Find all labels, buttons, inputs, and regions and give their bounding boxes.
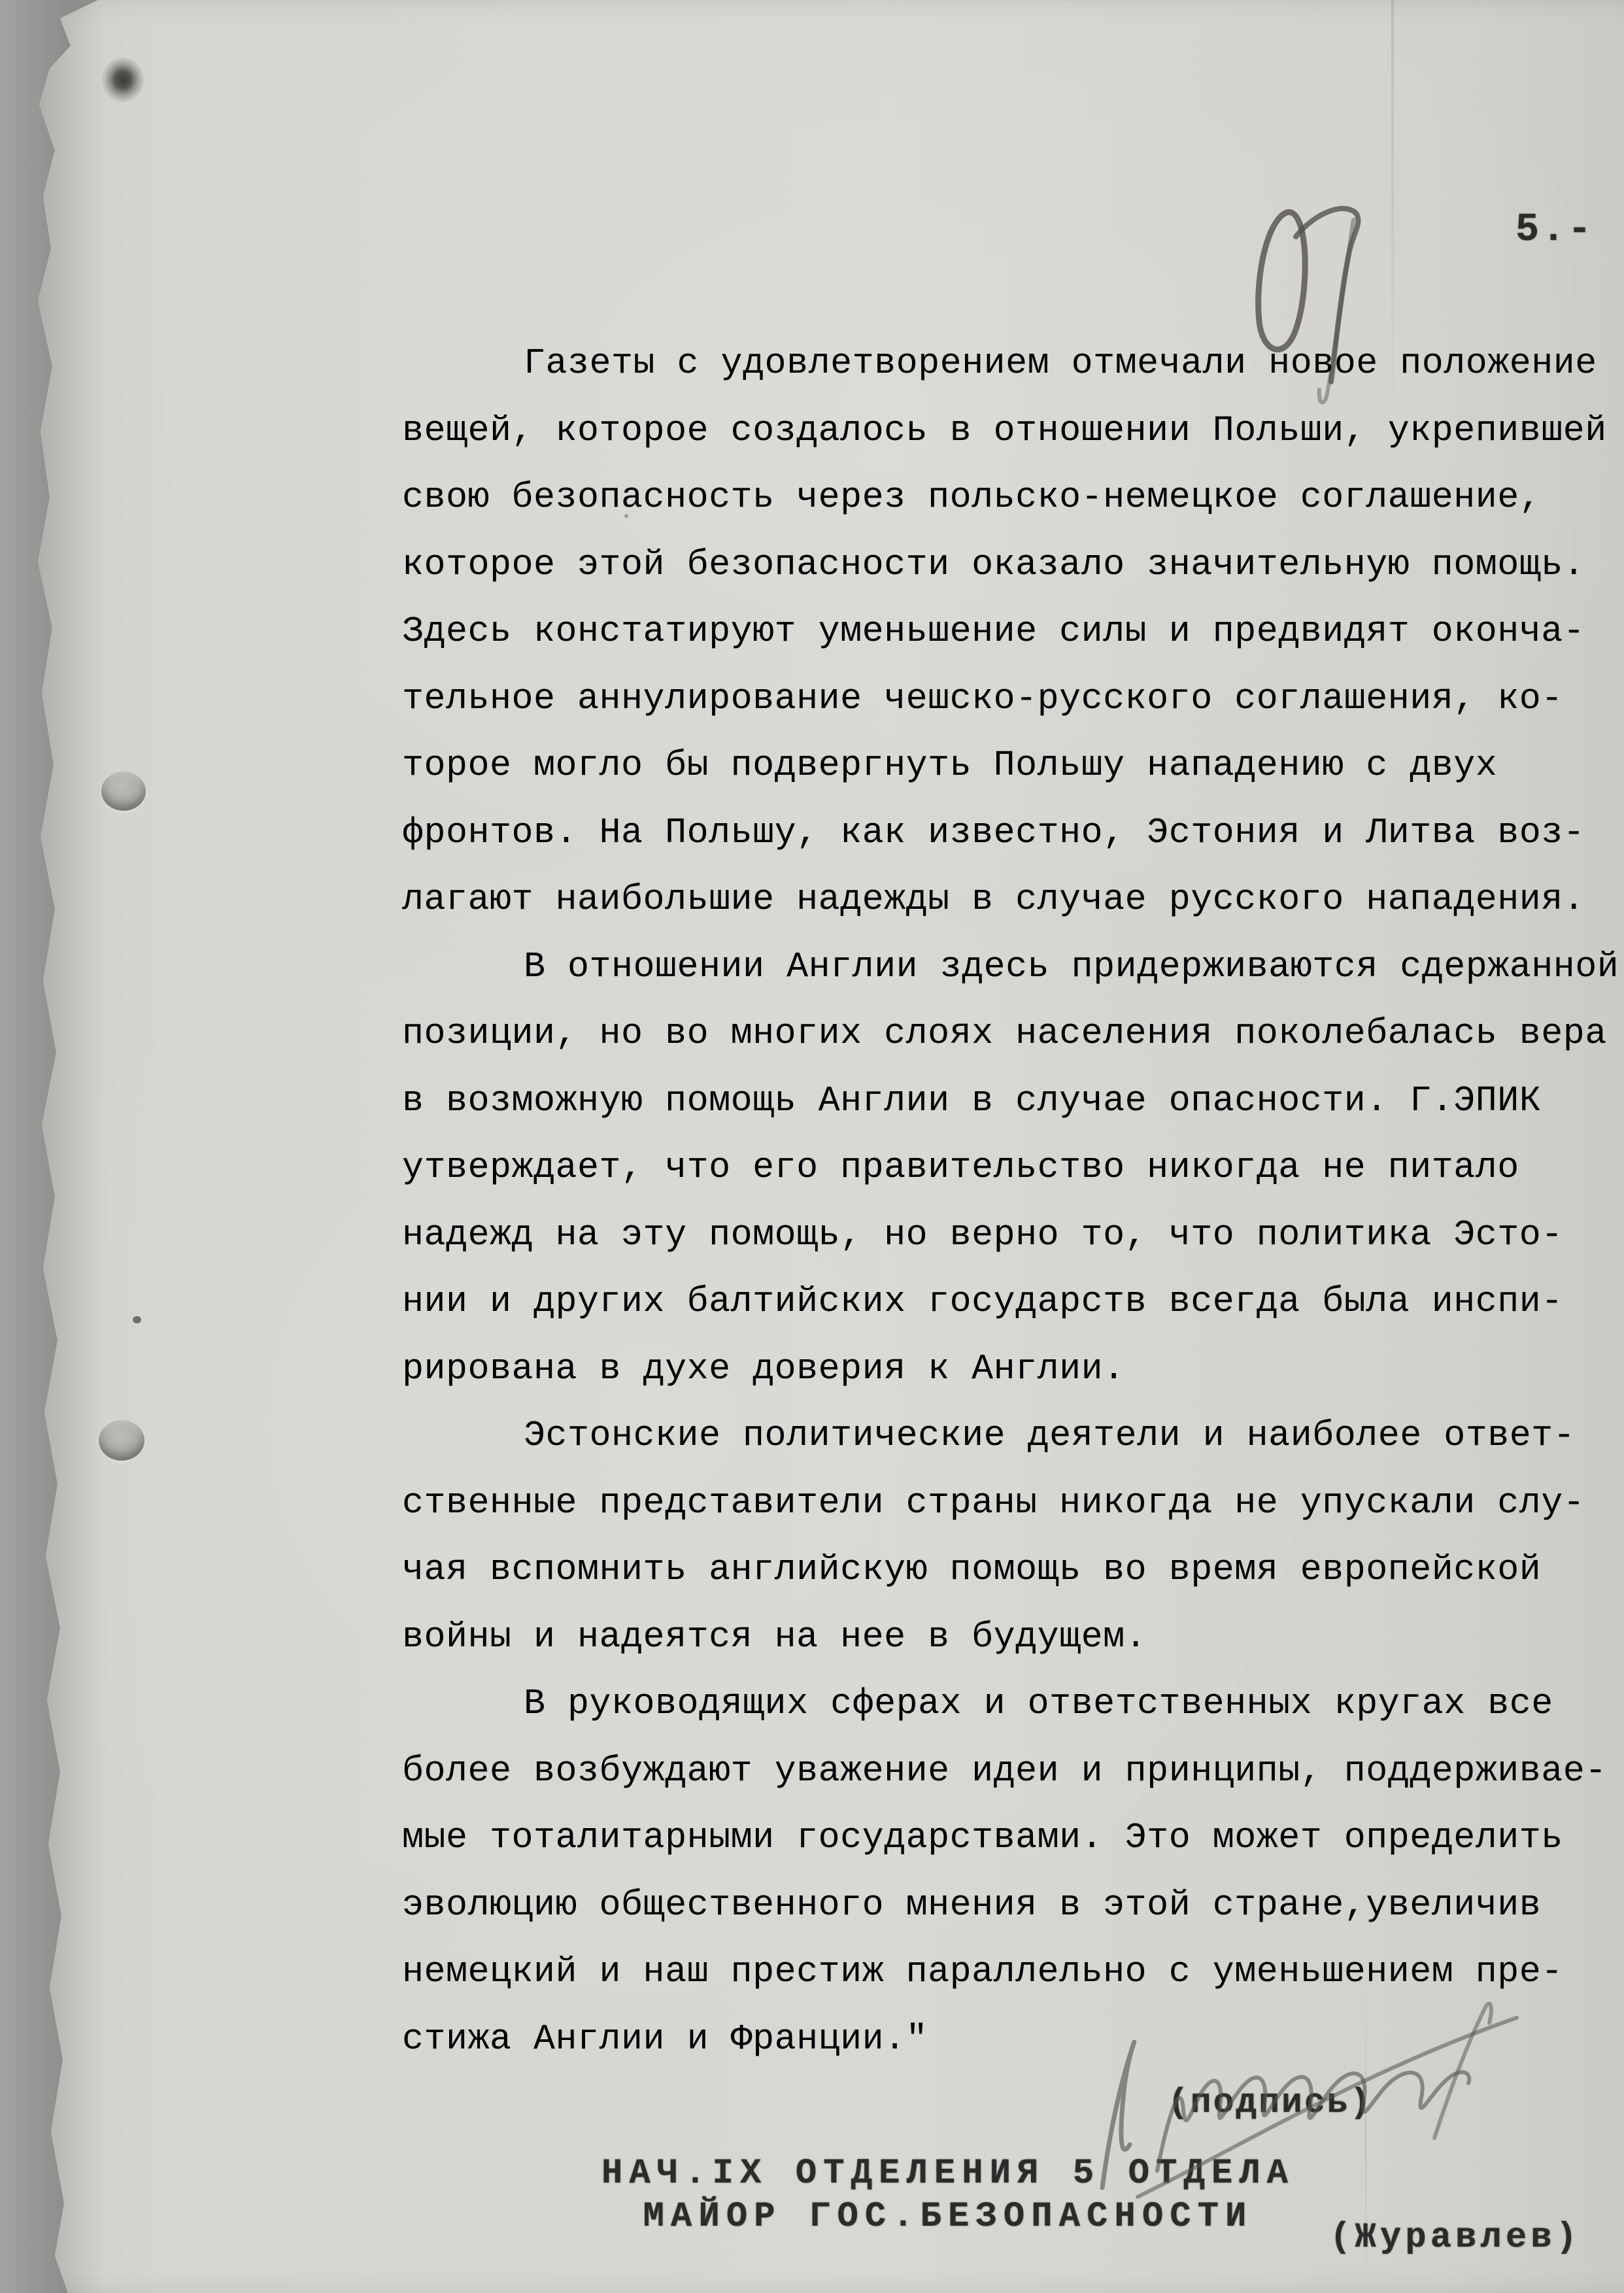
text-line: В отношении Англии здесь придерживаются … — [402, 934, 1624, 1001]
torn-edge-shading — [26, 0, 105, 2293]
text-line: чая вспомнить английскую помощь во время… — [402, 1537, 1624, 1604]
text-line: вещей, которое создалось в отношении Пол… — [402, 398, 1624, 465]
text-line: Газеты с удовлетворением отмечали новое … — [402, 330, 1624, 398]
text-line: надежд на эту помощь, но верно то, что п… — [402, 1202, 1624, 1269]
text-line: более возбуждают уважение идеи и принцип… — [402, 1738, 1624, 1805]
text-line: свою безопасность через польско-немецкое… — [402, 464, 1624, 532]
text-line: нии и других балтийских государств всегд… — [402, 1268, 1624, 1336]
text-line: рирована в духе доверия к Англии. — [402, 1336, 1624, 1403]
punch-hole-upper — [101, 772, 146, 811]
ink-speck — [133, 1316, 141, 1323]
text-line: мые тоталитарными государствами. Это мож… — [402, 1805, 1624, 1872]
text-line: ственные представители страны никогда не… — [402, 1470, 1624, 1537]
text-line: позиции, но во многих слоях населения по… — [402, 1000, 1624, 1068]
text-line: утверждает, что его правительство никогд… — [402, 1134, 1624, 1202]
text-line: торое могло бы подвергнуть Польшу нападе… — [402, 732, 1624, 800]
text-line: тельное аннулирование чешско-русского со… — [402, 666, 1624, 733]
text-line: Здесь констатируют уменьшение силы и пре… — [402, 598, 1624, 666]
text-line: эволюцию общественного мнения в этой стр… — [402, 1872, 1624, 1939]
document-scan: 5.- Газеты с удовлетворением отмечали но… — [0, 0, 1624, 2293]
paper-sheet: 5.- Газеты с удовлетворением отмечали но… — [0, 0, 1624, 2293]
text-line: войны и надеятся на нее в будущем. — [402, 1604, 1624, 1671]
punch-hole-lower — [99, 1420, 144, 1461]
text-line: В руководящих сферах и ответственных кру… — [402, 1671, 1624, 1738]
text-line: лагают наибольшие надежды в случае русск… — [402, 866, 1624, 934]
document-body: Газеты с удовлетворением отмечали новое … — [402, 330, 1624, 2073]
text-line: Эстонские политические деятели и наиболе… — [402, 1402, 1624, 1470]
page-number: 5.- — [1515, 208, 1594, 252]
text-line: в возможную помощь Англии в случае опасн… — [402, 1068, 1624, 1135]
pin-hole — [102, 58, 144, 102]
text-line: фронтов. На Польшу, как известно, Эстони… — [402, 800, 1624, 867]
text-line: которое этой безопасности оказало значит… — [402, 532, 1624, 599]
signature-scrawl — [1059, 1981, 1543, 2243]
